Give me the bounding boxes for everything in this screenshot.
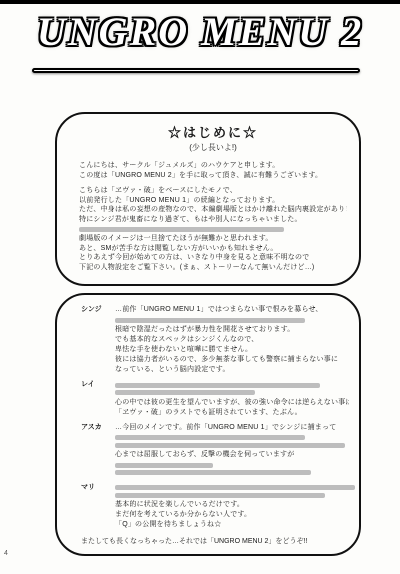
- redacted-text-line: [115, 485, 355, 490]
- text-line: あと、SMが苦手な方は閲覧しない方がいいかも知れません。: [79, 244, 347, 254]
- character-setting-lines: 心の中では彼の更生を望んでいますが、彼の強い命令には逆らえない事は「ヱヴァ・破」…: [115, 380, 349, 418]
- text-line: 以前発行した「UNGRO MENU 1」の続編となっております。: [79, 196, 347, 206]
- redacted-text-line: [115, 463, 213, 468]
- text-line: 心の中では彼の更生を望んでいますが、彼の強い命令には逆らえない事は: [115, 398, 349, 408]
- text-line: この度は「UNGRO MENU 2」を手に取って頂き、誠に有難うございます。: [79, 171, 347, 181]
- text-line: こんにちは、サークル「ジュメルズ」のハウケアと申します。: [79, 161, 347, 171]
- text-line: 特にシンジ君が鬼畜になり過ぎて、もはや別人になっちゃいました。: [79, 215, 347, 225]
- text-line: 卑怯な手を使わないと喧嘩に勝てません。: [115, 345, 349, 355]
- title-underline-rule: [32, 68, 360, 73]
- redacted-text-line: [115, 443, 345, 448]
- top-border-bar: [0, 0, 400, 4]
- redacted-text-line: [79, 227, 284, 232]
- text-line: まだ何を考えているか分からない人です。: [115, 510, 349, 520]
- text-line: なっている、という脳内設定です。: [115, 365, 349, 375]
- intro-box: ☆はじめに☆ (少し長いよ!) こんにちは、サークル「ジュメルズ」のハウケアと申…: [55, 112, 361, 286]
- redacted-text-line: [115, 435, 305, 440]
- redacted-text-line: [115, 493, 325, 498]
- character-name: アスカ: [81, 423, 115, 478]
- character-setting-lines: …前作「UNGRO MENU 1」ではつまらない事で恨みを募らせ、根暗で陰湿だっ…: [115, 305, 349, 375]
- page-number: 4: [4, 550, 8, 557]
- character-name: シンジ: [81, 305, 115, 375]
- text-line: ただ、中身は私の妄想の産物なので、本編劇場版とはかけ離れた脳内裏設定があります。: [79, 205, 347, 215]
- redacted-text-line: [115, 470, 311, 475]
- text-line: …前作「UNGRO MENU 1」ではつまらない事で恨みを募らせ、: [115, 305, 349, 315]
- text-line: とりあえず今回が始めての方は、いきなり中身を見ると意味不明なので: [79, 253, 347, 263]
- text-line: 心までは屈服しておらず、反撃の機会を伺っていますが: [115, 450, 349, 460]
- text-line: 「Q」の公開を待ちましょうね☆: [115, 520, 349, 530]
- redacted-text-line: [115, 318, 305, 323]
- character-name: マリ: [81, 483, 115, 531]
- greeting-paragraph: こんにちは、サークル「ジュメルズ」のハウケアと申します。この度は「UNGRO M…: [79, 161, 347, 180]
- intro-subheading: (少し長いよ!): [79, 142, 347, 153]
- character-setting-lines: …今回のメインです。前作「UNGRO MENU 1」でシンジに捕まって心までは屈…: [115, 423, 349, 478]
- text-line: …今回のメインです。前作「UNGRO MENU 1」でシンジに捕まって: [115, 423, 349, 433]
- character-entry: アスカ…今回のメインです。前作「UNGRO MENU 1」でシンジに捕まって心ま…: [81, 423, 349, 478]
- text-line: こちらは「ヱヴァ・破」をベースにしたモノで、: [79, 186, 347, 196]
- text-line: 劇場版のイメージは一旦捨てたほうが無難かと思われます。: [79, 234, 347, 244]
- text-line: 彼には協力者がいるので、多少無茶な事しても警察に捕まらない事に: [115, 355, 349, 365]
- redacted-text-line: [115, 383, 320, 388]
- character-entry: シンジ…前作「UNGRO MENU 1」ではつまらない事で恨みを募らせ、根暗で陰…: [81, 305, 349, 375]
- character-entry: マリ基本的に状況を楽しんでいるだけです。まだ何を考えているか分からない人です。「…: [81, 483, 349, 531]
- text-line: 「ヱヴァ・破」のラストでも証明されています、たぶん。: [115, 408, 349, 418]
- text-line: でも基本的なスペックはシンジくんなので、: [115, 335, 349, 345]
- character-settings-box: シンジ…前作「UNGRO MENU 1」ではつまらない事で恨みを募らせ、根暗で陰…: [55, 293, 361, 556]
- text-line: 基本的に状況を楽しんでいるだけです。: [115, 500, 349, 510]
- character-entries: シンジ…前作「UNGRO MENU 1」ではつまらない事で恨みを募らせ、根暗で陰…: [81, 305, 349, 530]
- character-setting-lines: 基本的に状況を楽しんでいるだけです。まだ何を考えているか分からない人です。「Q」…: [115, 483, 349, 531]
- page-title: UNGRO MENU 2: [0, 8, 400, 55]
- closing-line: またしても長くなっちゃった…それでは「UNGRO MENU 2」をどうぞ!!: [81, 536, 349, 546]
- text-line: 下記の人物設定をご覧下さい。(まぁ、ストーリーなんて無いんだけど…): [79, 263, 347, 273]
- character-entry: レイ心の中では彼の更生を望んでいますが、彼の強い命令には逆らえない事は「ヱヴァ・…: [81, 380, 349, 418]
- intro-body-paragraph: こちらは「ヱヴァ・破」をベースにしたモノで、以前発行した「UNGRO MENU …: [79, 186, 347, 272]
- character-name: レイ: [81, 380, 115, 418]
- text-line: 根暗で陰湿だったはずが暴力性を開花させております。: [115, 325, 349, 335]
- redacted-text-line: [115, 390, 255, 395]
- intro-heading: ☆はじめに☆: [79, 122, 347, 141]
